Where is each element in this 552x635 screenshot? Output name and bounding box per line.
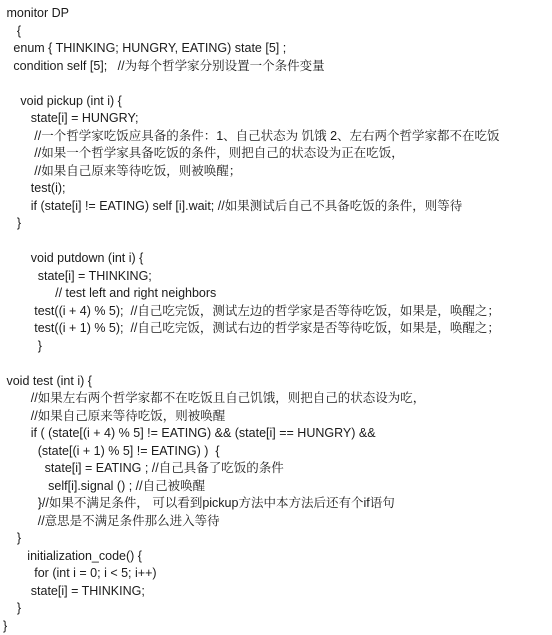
code-line: } (3, 338, 550, 356)
code-line: }//如果不满足条件， 可以看到pickup方法中本方法后还有个if语句 (3, 495, 550, 513)
code-line: //如果一个哲学家具备吃饭的条件，则把自己的状态设为正在吃饭， (3, 145, 550, 163)
code-line: state[i] = THINKING; (3, 268, 550, 286)
code-line: } (3, 618, 550, 635)
code-line: state[i] = HUNGRY; (3, 110, 550, 128)
code-line: state[i] = THINKING; (3, 583, 550, 601)
code-line: test((i + 4) % 5); //自己吃完饭，测试左边的哲学家是否等待吃… (3, 303, 550, 321)
code-line: //一个哲学家吃饭应具备的条件：1、自己状态为 饥饿 2、左右两个哲学家都不在吃… (3, 128, 550, 146)
code-line: // test left and right neighbors (3, 285, 550, 303)
code-line: for (int i = 0; i < 5; i++) (3, 565, 550, 583)
code-line: if ( (state[(i + 4) % 5] != EATING) && (… (3, 425, 550, 443)
code-line: } (3, 215, 550, 233)
code-line: void putdown (int i) { (3, 250, 550, 268)
code-line (3, 233, 550, 251)
code-line: monitor DP (3, 5, 550, 23)
code-line: test(i); (3, 180, 550, 198)
code-line: test((i + 1) % 5); //自己吃完饭，测试右边的哲学家是否等待吃… (3, 320, 550, 338)
code-line: //如果自己原来等待吃饭，则被唤醒； (3, 163, 550, 181)
code-line: } (3, 530, 550, 548)
code-line: enum { THINKING; HUNGRY, EATING) state [… (3, 40, 550, 58)
code-line: void test (int i) { (3, 373, 550, 391)
code-line (3, 355, 550, 373)
code-line: self[i].signal () ; //自己被唤醒 (3, 478, 550, 496)
code-document-page: monitor DP { enum { THINKING; HUNGRY, EA… (0, 0, 552, 635)
code-line: condition self [5]; //为每个哲学家分别设置一个条件变量 (3, 58, 550, 76)
code-block: monitor DP { enum { THINKING; HUNGRY, EA… (0, 0, 552, 635)
code-line: initialization_code() { (3, 548, 550, 566)
code-line: if (state[i] != EATING) self [i].wait; /… (3, 198, 550, 216)
code-line: //如果自己原来等待吃饭，则被唤醒 (3, 408, 550, 426)
code-line: { (3, 23, 550, 41)
code-line: state[i] = EATING ; //自己具备了吃饭的条件 (3, 460, 550, 478)
code-line: } (3, 600, 550, 618)
code-line: //如果左右两个哲学家都不在吃饭且自己饥饿，则把自己的状态设为吃， (3, 390, 550, 408)
code-line (3, 75, 550, 93)
code-line: (state[(i + 1) % 5] != EATING) ) { (3, 443, 550, 461)
code-line: void pickup (int i) { (3, 93, 550, 111)
code-line: //意思是不满足条件那么进入等待 (3, 513, 550, 531)
